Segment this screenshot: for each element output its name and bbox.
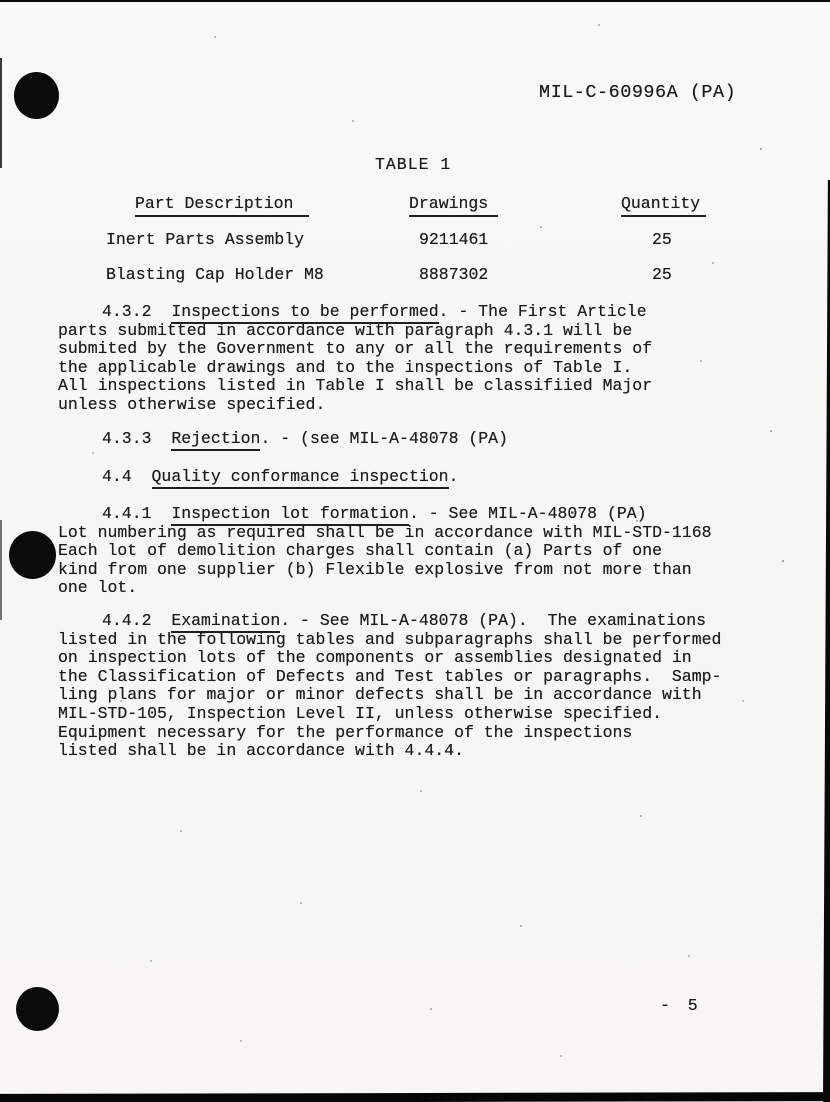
document-number: MIL-C-60996A (PA): [539, 84, 736, 103]
paragraph-4-3-3: 4.3.3 Rejection. - (see MIL-A-48078 (PA): [58, 430, 763, 449]
paragraph-4-4-2: 4.4.2 Examination. - See MIL-A-48078 (PA…: [58, 612, 763, 761]
section-number: 4.3.2: [102, 302, 171, 321]
scan-artifact-top-edge: [0, 0, 830, 2]
paragraph-4-4: 4.4 Quality conformance inspection.: [58, 468, 763, 487]
section-heading: Rejection: [171, 429, 260, 451]
scan-artifact-right-edge: [823, 180, 830, 1102]
section-number: 4.3.3: [102, 429, 171, 448]
section-heading: Quality conformance inspection: [152, 467, 449, 489]
section-body: . - (see MIL-A-48078 (PA): [260, 429, 508, 448]
column-header-part-description: Part Description: [135, 195, 309, 217]
table-row-cell-quantity: 25: [652, 266, 672, 285]
table-row-cell-drawing: 8887302: [419, 266, 488, 285]
scan-noise-speckles: [0, 0, 2, 2]
page-number: - 5: [660, 997, 702, 1016]
column-header-quantity: Quantity: [621, 195, 706, 217]
column-header-drawings: Drawings: [409, 195, 498, 217]
scan-artifact-left-edge: [0, 520, 2, 620]
section-number: 4.4: [102, 467, 152, 486]
punch-hole-bottom: [16, 987, 59, 1031]
table-row-cell-part: Blasting Cap Holder M8: [106, 266, 324, 285]
section-number: 4.4.2: [102, 611, 171, 630]
paragraph-4-3-2: 4.3.2 Inspections to be performed. - The…: [58, 303, 763, 415]
punch-hole-top: [14, 72, 59, 119]
punch-hole-middle: [9, 531, 56, 579]
section-body: . - See MIL-A-48078 (PA). The examinatio…: [58, 611, 721, 760]
section-number: 4.4.1: [102, 504, 171, 523]
table-row-cell-quantity: 25: [652, 231, 672, 250]
paragraph-4-4-1: 4.4.1 Inspection lot formation. - See MI…: [58, 505, 763, 598]
scan-artifact-left-edge: [0, 58, 2, 168]
table-title: TABLE 1: [375, 156, 451, 175]
table-row-cell-part: Inert Parts Assembly: [106, 231, 304, 250]
scan-artifact-bottom-edge: [0, 1092, 830, 1102]
table-row-cell-drawing: 9211461: [419, 231, 488, 250]
section-body: .: [449, 467, 459, 486]
scanned-document-page: MIL-C-60996A (PA) TABLE 1 Part Descripti…: [0, 0, 830, 1102]
